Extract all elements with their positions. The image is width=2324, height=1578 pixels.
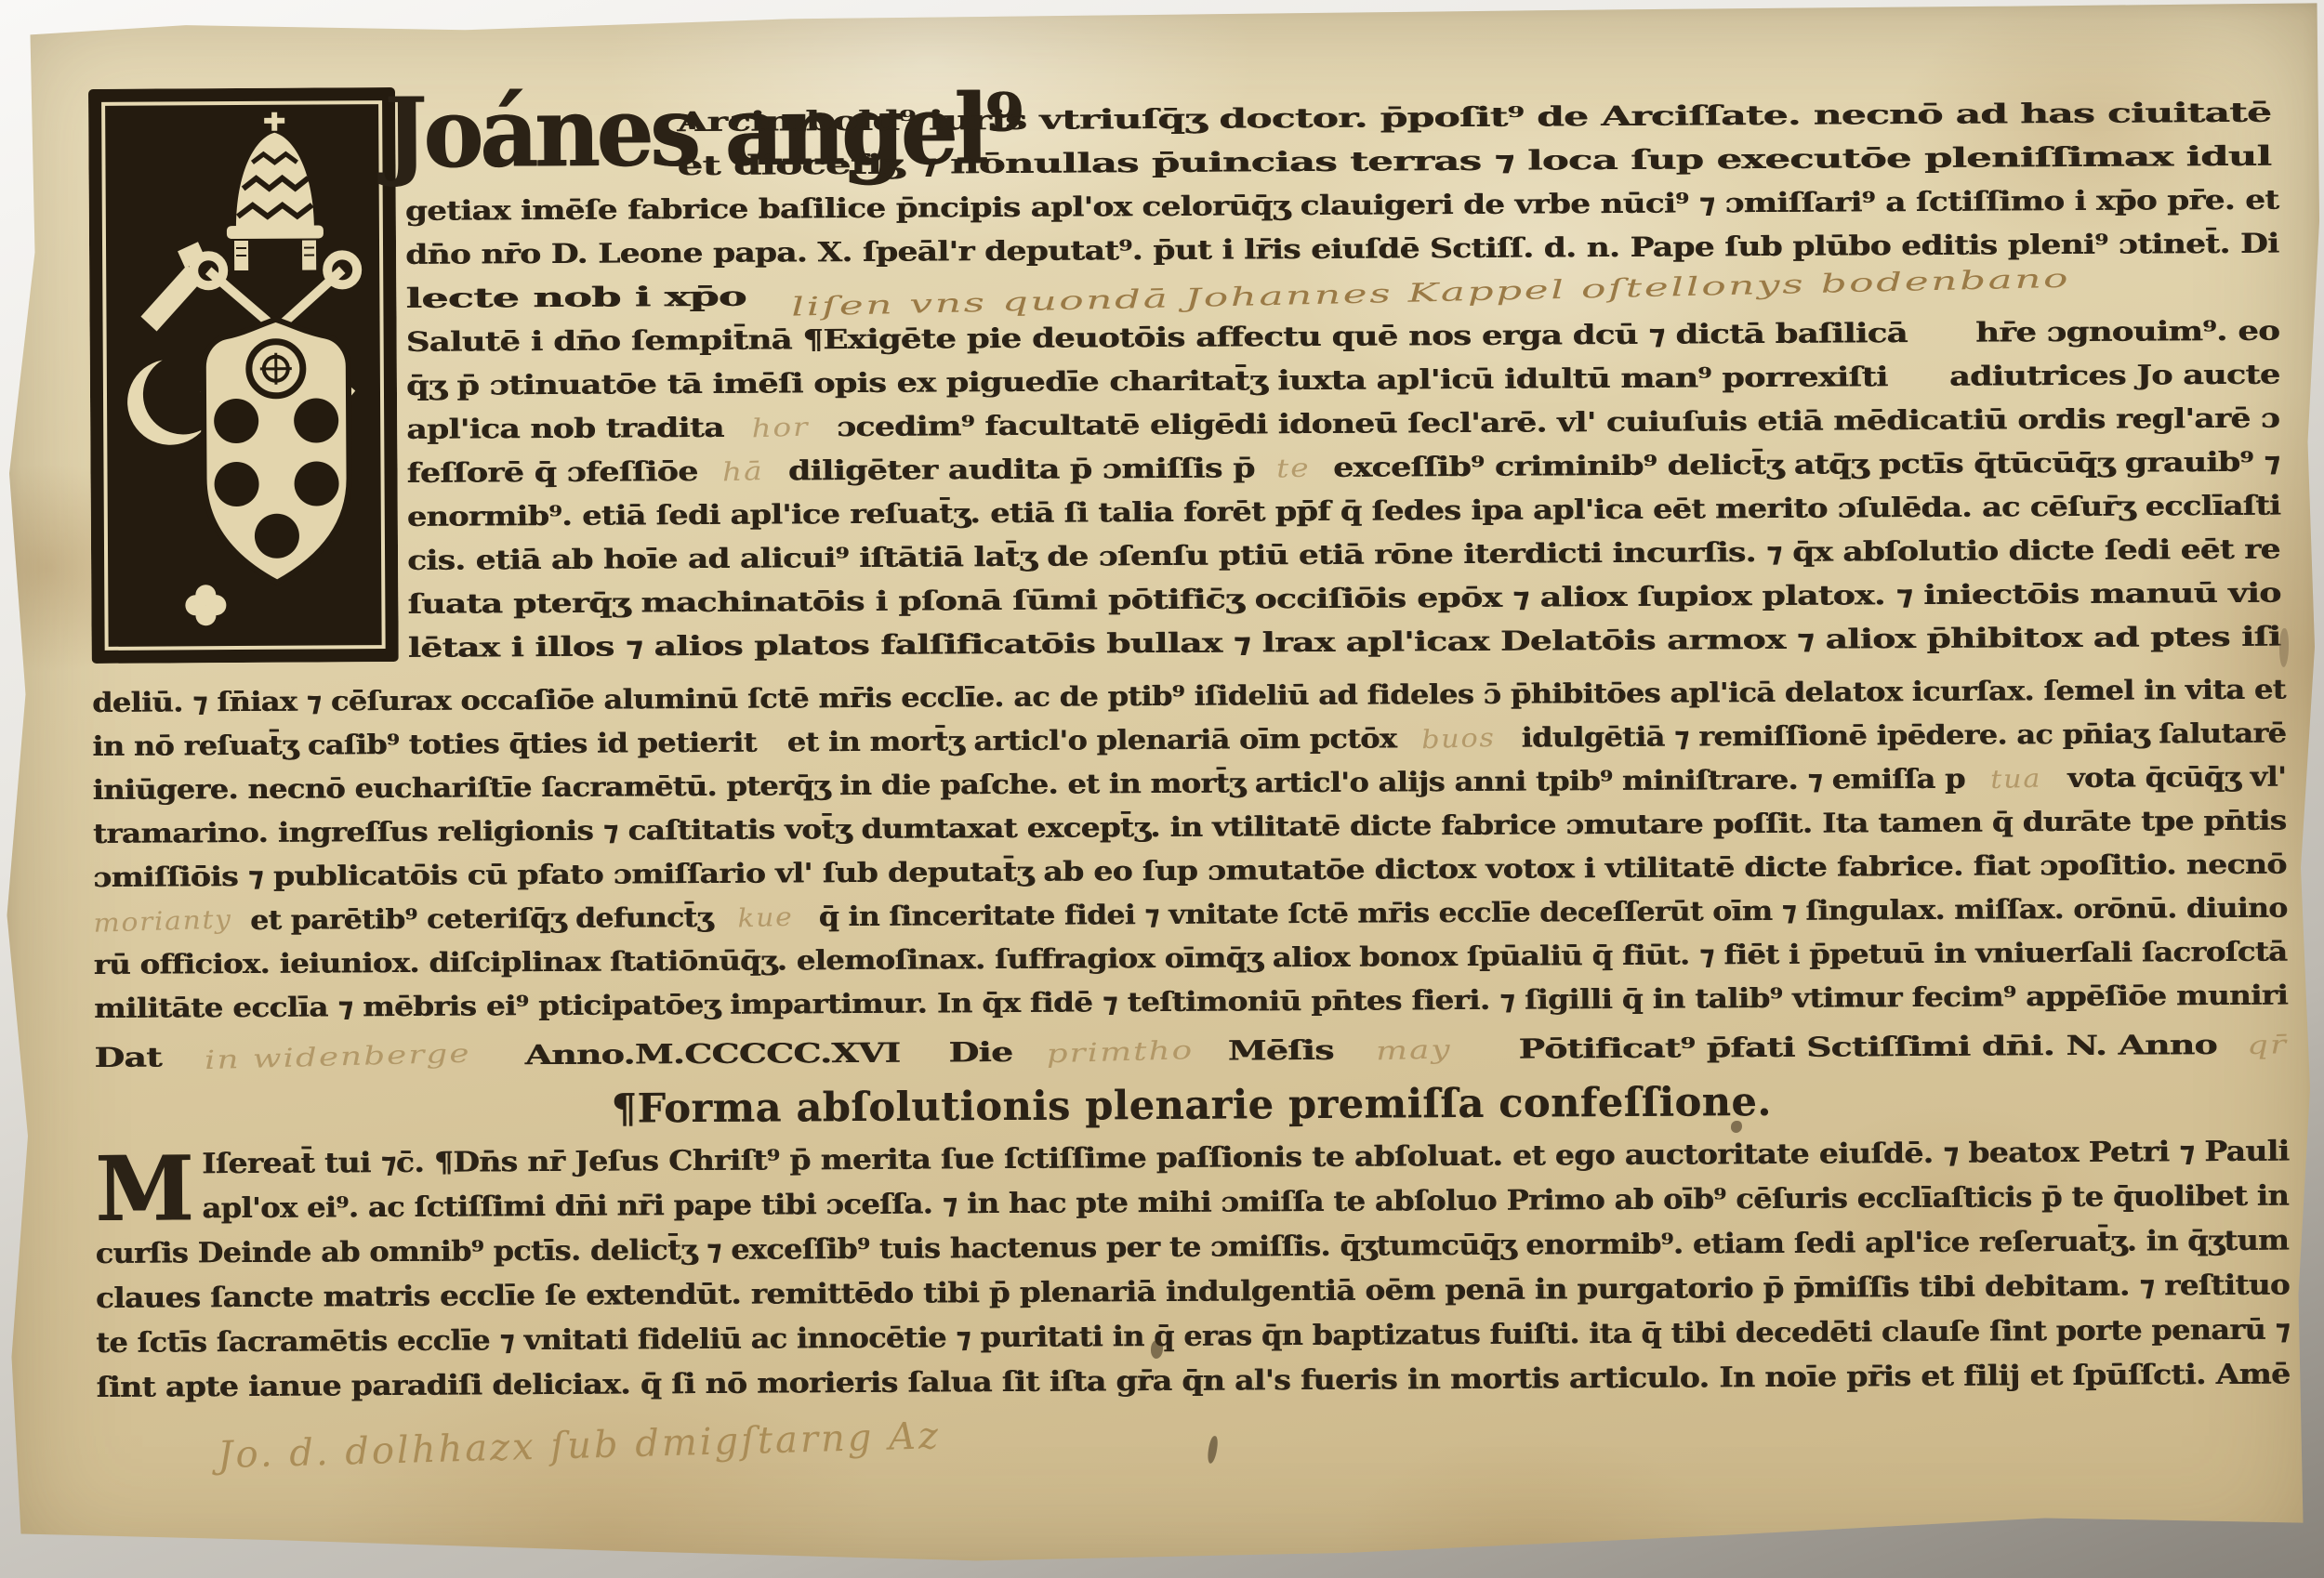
handwritten-text: te: [1276, 447, 1312, 492]
printed-text: ɔmiſſiōis ⁊ publicatōis cū pfato ɔmiſſar…: [93, 848, 2287, 893]
printed-text: claues ſancte matris ecclīe ſe extendūt.…: [96, 1269, 2290, 1315]
handwritten-text: kue: [737, 896, 795, 941]
printed-text: militāte ecclīa ⁊ mēbris ei⁹ pticipatōeʒ…: [94, 980, 2288, 1024]
printed-text: ɔcedim⁹ facultatē eligēdi idoneū ſecl'ar…: [837, 402, 2279, 442]
forma-absolutionis-paragraph: M Iſereat̄ tui ⁊c̄. ¶Dn̄s nr̄ Jeſus Chri…: [95, 1130, 2291, 1411]
printed-text: hr̄e ɔgnouim⁹. eo: [1975, 315, 2279, 348]
printed-text: feſſorē q̄ ɔfeſſiōe: [406, 455, 697, 489]
printed-text: Salutē i dn̄o ſempit̄nā ¶Exigēte pie deu…: [406, 317, 1908, 358]
handwritten-text: hā: [721, 450, 764, 494]
printed-text: lētax i illos ⁊ alios platos falſificatō…: [408, 621, 2281, 664]
printed-text: et dioceſiʒ ⁊ nōnullas p̄uincias terras …: [677, 140, 2271, 181]
printed-text: Anno.M.CCCCC.XVI: [524, 1037, 900, 1071]
handwritten-text: in widenberge: [203, 1032, 470, 1083]
printed-text: adiutrices Jo aucte: [1949, 359, 2280, 392]
handwritten-text: primtho: [1046, 1029, 1195, 1076]
forma-absolutionis-heading: ¶Forma abſolutionis plenarie premiſſa co…: [95, 1074, 2289, 1137]
body-lines-full-width: deliū. ⁊ ſn̄iax ⁊ cēſurax occaſiōe alumi…: [92, 668, 2288, 1031]
printed-text: apl'ica nob tradita: [406, 412, 724, 445]
header-lines: Arcimbold⁹ iuris vtriuſq̄ʒ doctor. p̄poſ…: [88, 78, 2283, 191]
printed-text: apl'ox ei⁹. ac ſctiſſimi dn̄i nr̄i pape …: [202, 1180, 2289, 1226]
printed-text: Iſereat̄ tui ⁊c̄. ¶Dn̄s nr̄ Jeſus Chriſt…: [202, 1136, 2289, 1181]
printed-text: in nō reſuat̄ʒ caſib⁹ toties q̄ties id p…: [92, 727, 757, 762]
handwritten-text: buos: [1421, 717, 1497, 762]
printed-text: lecte nob i xp̄o: [405, 281, 746, 314]
forma-lines-indented: Iſereat̄ tui ⁊c̄. ¶Dn̄s nr̄ Jeſus Chriſt…: [95, 1130, 2290, 1232]
printed-text-block: Joánes angel⁹ Arcimbold⁹ iuris vtriuſq̄ʒ…: [88, 78, 2291, 1478]
printed-text: deliū. ⁊ ſn̄iax ⁊ cēſurax occaſiōe alumi…: [92, 674, 2286, 718]
printed-text: q̄ in ſinceritate fidei ⁊ vnitate ſctē m…: [819, 892, 2288, 933]
printed-text: iniūgere. necnō euchariſtīe ſacramētū. p…: [92, 763, 1964, 806]
handwritten-text: tua: [1990, 757, 2043, 803]
handwritten-text: hor: [751, 406, 811, 452]
printed-text: te ſctīs ſacramētis ecclīe ⁊ vnitati fid…: [96, 1314, 2290, 1360]
handwritten-text: qr̄: [2246, 1023, 2289, 1068]
body-lines-beside-woodcut: getiax imēſe fabrice baſilice p̄ncipis a…: [89, 178, 2286, 672]
printed-text: Die: [948, 1036, 1012, 1068]
printed-text: Arcimbold⁹ iuris vtriuſq̄ʒ doctor. p̄poſ…: [677, 97, 2271, 138]
forma-lines-full: curſis Deinde ab omnib⁹ pctīs. delict̄ʒ …: [96, 1219, 2291, 1411]
printed-text: Mēſis: [1228, 1034, 1334, 1067]
printed-text: cis. etiā ab hoīe ad alicui⁹ iſtātiā lat…: [407, 533, 2280, 576]
printed-text: et in mort̄ʒ articl'o plenariā oīm pctōx: [787, 722, 1397, 757]
printed-text: tramarino. ingreſſus religionis ⁊ caſtit…: [93, 805, 2287, 849]
printed-text: curſis Deinde ab omnib⁹ pctīs. delict̄ʒ …: [96, 1225, 2290, 1270]
printed-text: idulgētiā ⁊ remiſſionē ipēdere. ac pn̄ia…: [1521, 717, 2286, 754]
printed-text: Pōtificat⁹ p̄fati Sctiſſimi dn̄i. N. Ann…: [1518, 1029, 2217, 1065]
printed-text: diligēter audita p̄ ɔmiſſis p̄: [788, 452, 1255, 486]
photographed-indulgence-document: Joánes angel⁹ Arcimbold⁹ iuris vtriuſq̄ʒ…: [0, 0, 2324, 1578]
printed-text: vota q̄cūq̄ʒ vl': [2067, 761, 2286, 794]
handwritten-text: may: [1375, 1028, 1452, 1073]
printed-text: q̄ʒ p̄ ɔtinuatōe tā imēſi opis ex pigued…: [406, 361, 1888, 401]
printed-text: rū officiox. ieiuniox. diſciplinax ſtati…: [94, 936, 2288, 980]
printed-text: et parētib⁹ ceteriſq̄ʒ defunct̄ʒ: [250, 901, 713, 936]
printed-text: enormib⁹. etiā ſedi apl'ice reſuat̄ʒ. et…: [407, 490, 2281, 533]
printed-text: getiax imēſe fabrice baſilice p̄ncipis a…: [405, 184, 2279, 227]
printed-text: exceſſib⁹ criminib⁹ delict̄ʒ atq̄ʒ pctīs…: [1333, 446, 2280, 483]
printed-text: Dat: [94, 1042, 162, 1073]
date-line: Datin widenbergeAnno.M.CCCCC.XVIDieprimt…: [94, 1023, 2288, 1080]
text-line: Datin widenbergeAnno.M.CCCCC.XVIDieprimt…: [94, 1023, 2288, 1080]
printed-text: ſuata pterq̄ʒ machinatōis i pſonā ſūmi p…: [407, 577, 2280, 620]
handwritten-text: morianty: [93, 898, 233, 945]
